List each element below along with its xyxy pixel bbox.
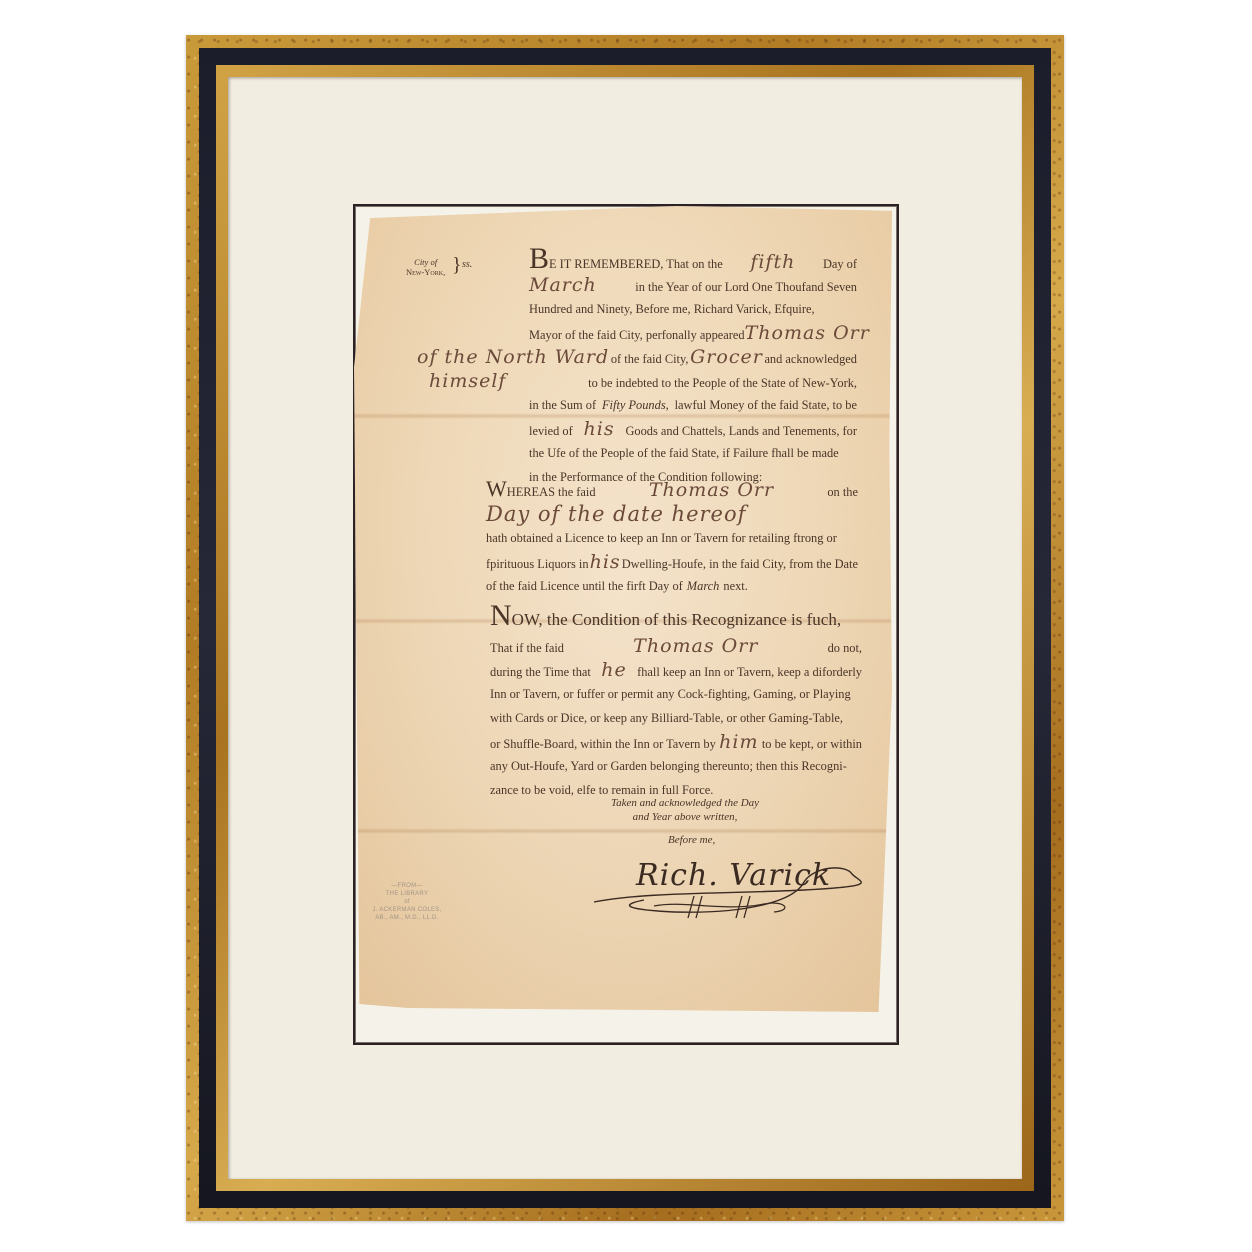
fold-line	[354, 828, 892, 834]
stamp-line: THE LIBRARY	[372, 890, 442, 898]
signature: Rich. Varick	[584, 852, 864, 922]
text-line: himself to be indebted to the People of …	[429, 369, 857, 393]
library-stamp: —FROM— THE LIBRARY of J. ACKERMAN COLES,…	[372, 882, 442, 922]
stamp-line: J. ACKERMAN COLES,	[372, 906, 442, 914]
text-line: Day of the date hereof	[486, 502, 858, 526]
drop-cap: B	[529, 242, 549, 275]
handwritten-occupation: Grocer	[690, 345, 763, 369]
text-line: in the Sum of Fifty Pounds, lawful Money…	[529, 393, 857, 417]
text-line: Inn or Tavern, or fuffer or permit any C…	[490, 682, 862, 706]
handwritten-himself: himself	[429, 369, 506, 393]
text: fpirituous Liquors in	[486, 552, 589, 576]
text-line: levied of his Goods and Chattels, Lands …	[529, 417, 857, 441]
text-line: any Out-Houfe, Yard or Garden belonging …	[490, 754, 862, 778]
text-line: the Ufe of the People of the faid State,…	[529, 441, 857, 465]
paragraph-now-condition: N OW, the Condition of this Recognizance…	[490, 604, 862, 802]
handwritten-date: Day of the date hereof	[486, 502, 746, 526]
text-line: BE IT REMEMBERED, That on the fifth Day …	[529, 249, 857, 273]
drop-cap: N	[490, 604, 512, 628]
text-line: with Cards or Dice, or keep any Billiard…	[490, 706, 862, 730]
handwritten-month: March	[529, 273, 597, 297]
attestation-line1: Taken and acknowledged the Day	[600, 796, 770, 810]
handwritten-day: fifth	[750, 250, 795, 274]
text: HEREAS the faid	[507, 485, 596, 499]
stamp-line: of	[372, 898, 442, 906]
drop-cap: W	[486, 476, 507, 501]
text: lawful Money of the faid State, to be	[675, 393, 857, 417]
text: in the Sum of	[529, 393, 596, 417]
text: with Cards or Dice, or keep any Billiard…	[490, 706, 843, 730]
text: of the faid Licence until the firft Day …	[486, 574, 683, 598]
section-heading: OW, the Condition of this Recognizance i…	[512, 608, 841, 632]
attestation-line2: and Year above written,	[600, 810, 770, 824]
handwritten-name: Thomas Orr	[745, 321, 870, 345]
handwritten-his: his	[584, 417, 615, 441]
stamp-line: AB., AM., M.D., LL.D.	[372, 914, 442, 922]
text-line: or Shuffle-Board, within the Inn or Tave…	[490, 730, 862, 754]
text: the Ufe of the People of the faid State,…	[529, 441, 839, 465]
text-line: That if the faid Thomas Orr do not,	[490, 634, 862, 658]
text: Goods and Chattels, Lands and Tenements,…	[625, 419, 857, 443]
attestation-text: Taken and acknowledged the Day and Year …	[600, 796, 770, 824]
text: Dwelling-Houfe, in the faid City, from t…	[622, 552, 858, 576]
text: or Shuffle-Board, within the Inn or Tave…	[490, 732, 716, 756]
handwritten-ward: of the North Ward	[417, 345, 609, 369]
jurisdiction-line2: New-York,	[406, 267, 445, 277]
stamp-line: —FROM—	[372, 882, 442, 890]
text: on the	[827, 480, 858, 504]
text: and acknowledged	[764, 347, 857, 371]
text: Inn or Tavern, or fuffer or permit any C…	[490, 682, 851, 706]
text-line: during the Time that he fhall keep an In…	[490, 658, 862, 682]
text: during the Time that	[490, 660, 591, 684]
brace-icon: }	[452, 254, 462, 277]
month-italic: March	[687, 574, 720, 598]
sum-italic: Fifty Pounds,	[602, 393, 669, 417]
text: Mayor of the faid City, perfonally appea…	[529, 323, 745, 347]
text-line: Hundred and Ninety, Before me, Richard V…	[529, 297, 857, 321]
text: any Out-Houfe, Yard or Garden belonging …	[490, 754, 847, 778]
handwritten-he: he	[601, 658, 626, 682]
handwritten-him: him	[719, 730, 758, 754]
text: do not,	[828, 636, 862, 660]
text-line: of the faid Licence until the firft Day …	[486, 574, 858, 598]
heading-line: N OW, the Condition of this Recognizance…	[490, 604, 862, 634]
text: That if the faid	[490, 636, 564, 660]
handwritten-his: his	[590, 550, 621, 574]
paragraph-be-it-remembered: BE IT REMEMBERED, That on the fifth Day …	[529, 249, 857, 489]
text: to be kept, or within	[762, 732, 862, 756]
text: next.	[723, 574, 747, 598]
text: Day of	[823, 252, 857, 276]
text: fhall keep an Inn or Tavern, keep a difo…	[637, 660, 862, 684]
text-line: fpirituous Liquors in his Dwelling-Houfe…	[486, 550, 858, 574]
text: hath obtained a Licence to keep an Inn o…	[486, 526, 837, 550]
text: Hundred and Ninety, Before me, Richard V…	[529, 297, 815, 321]
text-line: hath obtained a Licence to keep an Inn o…	[486, 526, 858, 550]
jurisdiction-label: City of New-York,	[406, 257, 445, 277]
text-line: March in the Year of our Lord One Thoufa…	[529, 273, 857, 297]
handwritten-name: Thomas Orr	[649, 478, 774, 502]
text: levied of	[529, 419, 573, 443]
text: in the Year of our Lord One Thoufand Sev…	[635, 275, 857, 299]
signature-text: Rich. Varick	[636, 858, 831, 893]
text-line: of the North Ward of the faid City, Groc…	[417, 345, 857, 369]
text-line: Mayor of the faid City, perfonally appea…	[529, 321, 857, 345]
jurisdiction-suffix: ss.	[462, 259, 472, 270]
jurisdiction-line1: City of	[406, 257, 445, 267]
before-me-label: Before me,	[668, 834, 715, 846]
handwritten-name: Thomas Orr	[633, 634, 758, 658]
text-line: WHEREAS the faid Thomas Orr on the	[486, 478, 858, 502]
text: of the faid City,	[611, 347, 689, 371]
text: E IT REMEMBERED, That on the	[549, 257, 723, 271]
text: to be indebted to the People of the Stat…	[588, 371, 857, 395]
paragraph-whereas: WHEREAS the faid Thomas Orr on the Day o…	[486, 478, 858, 598]
